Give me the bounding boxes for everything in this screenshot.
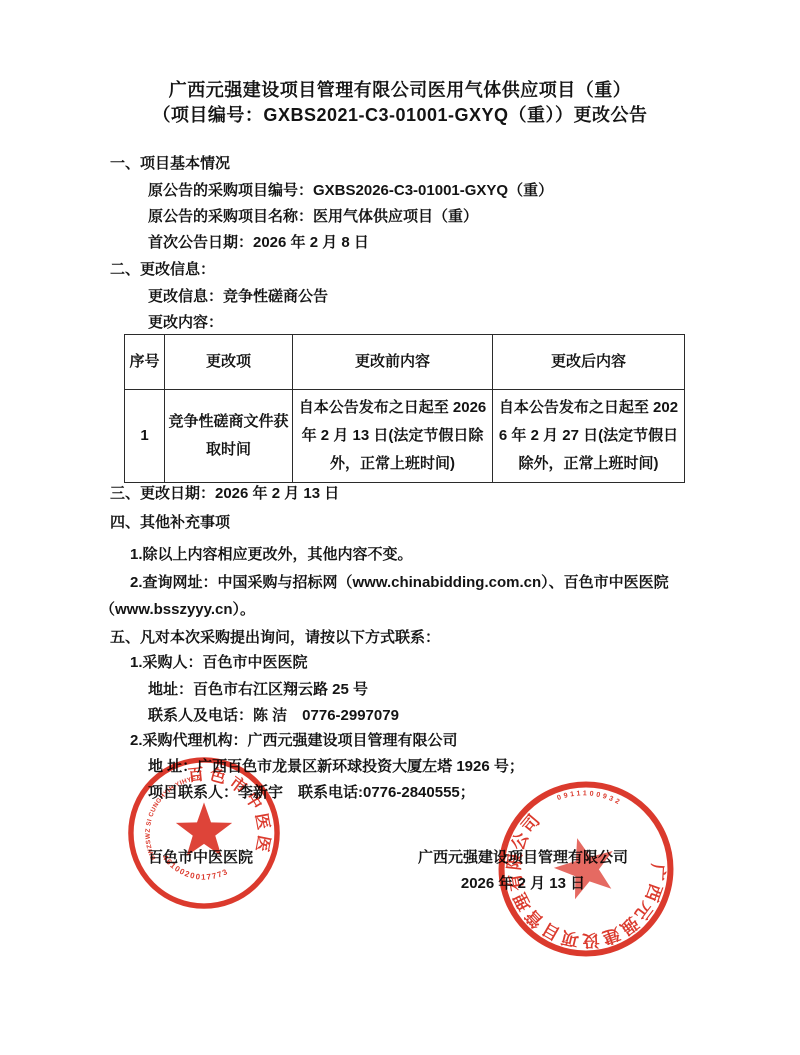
section1-heading: 一、项目基本情况 [110, 155, 230, 173]
svg-text:4610020017773: 4610020017773 [160, 853, 229, 882]
buyer-contact: 联系人及电话：陈 洁 0776-2997079 [148, 707, 399, 725]
official-seal-agency: 广西元强建设项目管理有限公司 0911100932 [493, 776, 679, 962]
svg-text:0911100932: 0911100932 [556, 790, 622, 807]
section4-heading: 四、其他补充事项 [110, 514, 230, 532]
agency-name: 2.采购代理机构：广西元强建设项目管理有限公司 [130, 732, 458, 750]
section1-project-code: 原公告的采购项目编号：GXBS2026-C3-01001-GXYQ（重） [148, 182, 553, 200]
section2-change-info: 更改信息：竞争性磋商公告 [148, 288, 328, 306]
section4-item2-line1: 2.查询网址：中国采购与招标网（www.chinabidding.com.cn）… [130, 574, 669, 592]
section4-item2-line2: （www.bsszyyy.cn）。 [100, 601, 255, 619]
cell-item: 竞争性磋商文件获取时间 [165, 390, 293, 483]
seal-right-number: 0911100932 [556, 790, 622, 807]
seal-left-number: 4610020017773 [160, 853, 229, 882]
section4-item1: 1.除以上内容相应更改外，其他内容不变。 [130, 546, 413, 564]
col-header-before: 更改前内容 [293, 335, 493, 390]
seal-star-icon [546, 834, 623, 910]
title-line-2: （项目编号：GXBS2021-C3-01001-GXYQ（重））更改公告 [0, 103, 800, 128]
cell-after: 自本公告发布之日起至 2026 年 2 月 27 日(法定节假日除外，正常上班时… [493, 390, 685, 483]
section1-first-notice-date: 首次公告日期：2026 年 2 月 8 日 [148, 234, 369, 252]
seal-star-icon [176, 802, 232, 856]
section2-heading: 二、更改信息： [110, 261, 215, 279]
col-header-after: 更改后内容 [493, 335, 685, 390]
change-table-row: 1 竞争性磋商文件获取时间 自本公告发布之日起至 2026 年 2 月 13 日… [125, 390, 685, 483]
document-title: 广西元强建设项目管理有限公司医用气体供应项目（重） （项目编号：GXBS2021… [0, 78, 800, 128]
section1-project-name: 原公告的采购项目名称：医用气体供应项目（重） [148, 208, 478, 226]
official-seal-hospital: BWZSWZ SI CUNGHYIH YIHYEN 百色市中医医院 461002… [125, 754, 283, 912]
buyer-name: 1.采购人：百色市中医医院 [130, 654, 308, 672]
change-table: 序号 更改项 更改前内容 更改后内容 1 竞争性磋商文件获取时间 自本公告发布之… [124, 334, 685, 483]
buyer-address: 地址：百色市右江区翔云路 25 号 [148, 681, 368, 699]
col-header-item: 更改项 [165, 335, 293, 390]
section3-heading: 三、更改日期：2026 年 2 月 13 日 [110, 485, 339, 503]
col-header-seq: 序号 [125, 335, 165, 390]
cell-before: 自本公告发布之日起至 2026 年 2 月 13 日(法定节假日除外，正常上班时… [293, 390, 493, 483]
title-line-1: 广西元强建设项目管理有限公司医用气体供应项目（重） [0, 78, 800, 103]
document-page: 广西元强建设项目管理有限公司医用气体供应项目（重） （项目编号：GXBS2021… [0, 0, 800, 1055]
cell-seq: 1 [125, 390, 165, 483]
change-table-header-row: 序号 更改项 更改前内容 更改后内容 [125, 335, 685, 390]
section5-heading: 五、凡对本次采购提出询问，请按以下方式联系： [110, 629, 440, 647]
section2-change-content-label: 更改内容： [148, 314, 223, 332]
